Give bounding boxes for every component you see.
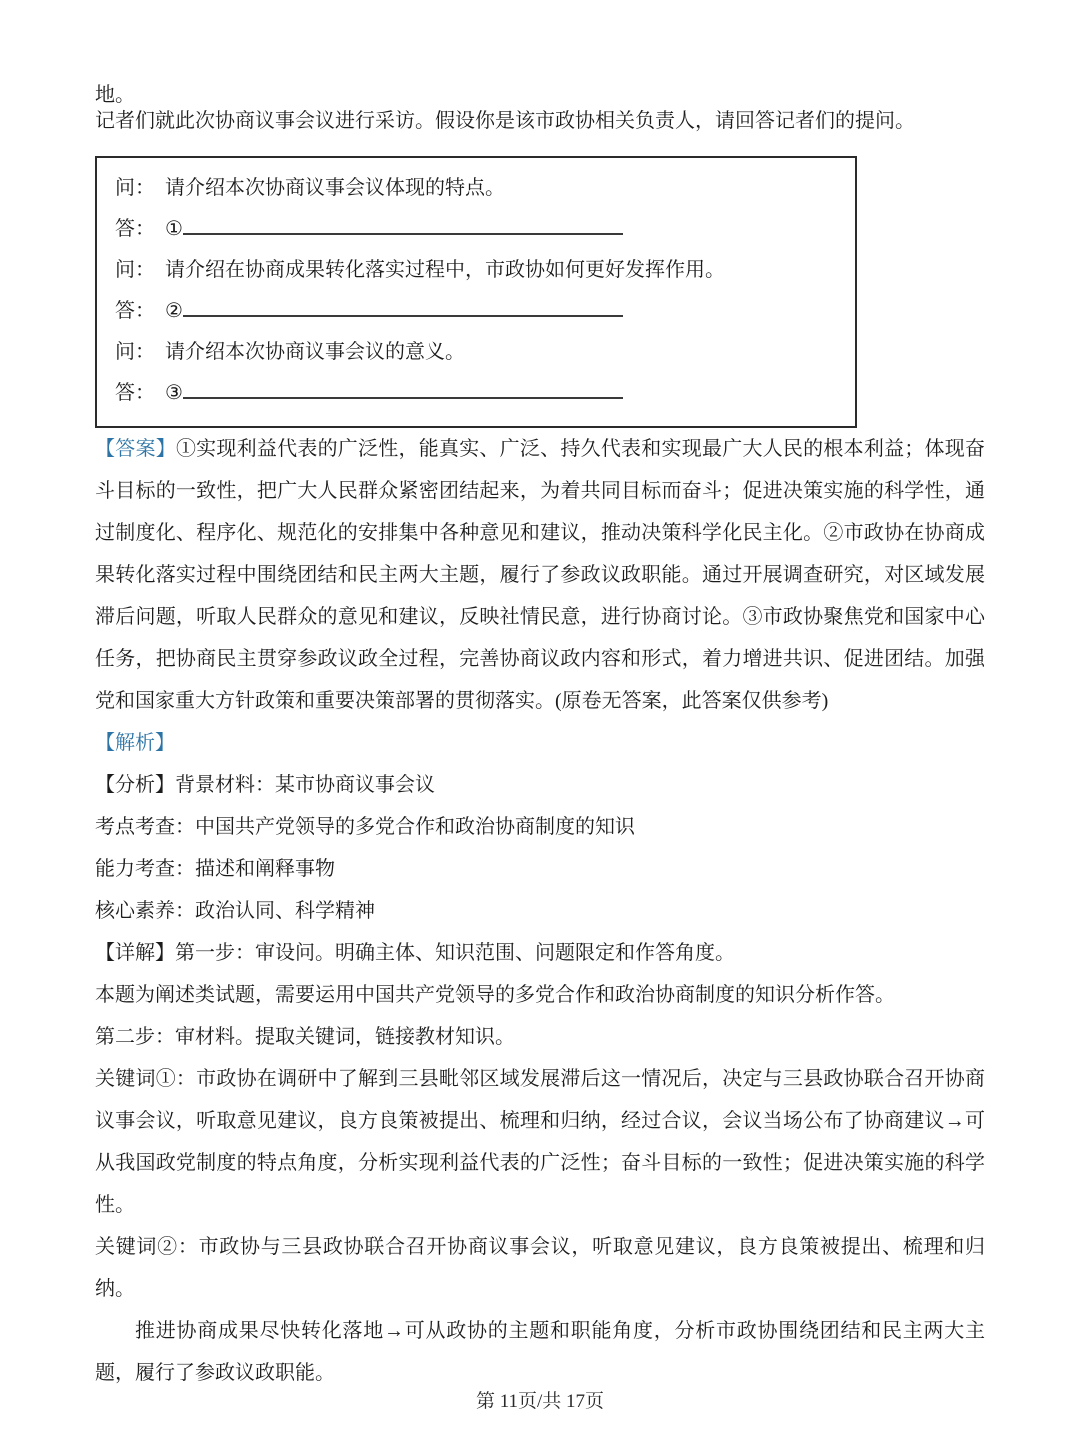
page-number-footer: 第 11页/共 17页	[0, 1390, 1080, 1414]
answer-tag: 【答案】	[95, 438, 176, 460]
question-box: 问：请介绍本次协商议事会议体现的特点。 答：① 问：请介绍在协商成果转化落实过程…	[95, 156, 857, 428]
answer-label: 答：	[115, 300, 155, 322]
answer-blank-line-2	[183, 295, 623, 317]
answer-row-3: 答：③	[115, 373, 839, 414]
paragraph-tail: 地。	[95, 82, 985, 108]
question-row-3: 问：请介绍本次协商议事会议的意义。	[115, 332, 839, 373]
question-row-1: 问：请介绍本次协商议事会议体现的特点。	[115, 168, 839, 209]
exam-point-line: 考点考查：中国共产党领导的多党合作和政治协商制度的知识	[95, 806, 985, 848]
question-text: 请介绍在协商成果转化落实过程中，市政协如何更好发挥作用。	[165, 259, 725, 281]
analysis-line: 【分析】背景材料：某市协商议事会议	[95, 764, 985, 806]
answer-label: 答：	[115, 218, 155, 240]
answer-body: ①实现利益代表的广泛性，能真实、广泛、持久代表和实现最广大人民的根本利益；体现奋…	[95, 438, 985, 712]
step2-line: 第二步：审材料。提取关键词，链接教材知识。	[95, 1016, 985, 1058]
answer-row-2: 答：②	[115, 291, 839, 332]
question-label: 问：	[115, 177, 155, 199]
answer-row-1: 答：①	[115, 209, 839, 250]
answer-blank-line-1	[183, 213, 623, 235]
question-label: 问：	[115, 259, 155, 281]
answer-number: ②	[165, 300, 183, 322]
question-row-2: 问：请介绍在协商成果转化落实过程中，市政协如何更好发挥作用。	[115, 250, 839, 291]
answer-label: 答：	[115, 382, 155, 404]
answer-paragraph: 【答案】①实现利益代表的广泛性，能真实、广泛、持久代表和实现最广大人民的根本利益…	[95, 428, 985, 722]
document-page: 地。 记者们就此次协商议事会议进行采访。假设你是该市政协相关负责人，请回答记者们…	[0, 0, 1080, 1449]
answer-blank-line-3	[183, 377, 623, 399]
core-literacy-line: 核心素养：政治认同、科学精神	[95, 890, 985, 932]
question-label: 问：	[115, 341, 155, 363]
question-text: 请介绍本次协商议事会议体现的特点。	[165, 177, 505, 199]
intro-paragraph: 记者们就此次协商议事会议进行采访。假设你是该市政协相关负责人，请回答记者们的提问…	[95, 108, 985, 134]
question-type-line: 本题为阐述类试题，需要运用中国共产党领导的多党合作和政治协商制度的知识分析作答。	[95, 974, 985, 1016]
explanation-tag: 【解析】	[95, 722, 985, 764]
question-text: 请介绍本次协商议事会议的意义。	[165, 341, 465, 363]
ability-line: 能力考查：描述和阐释事物	[95, 848, 985, 890]
answer-number: ①	[165, 218, 183, 240]
keyword2-paragraph: 关键词②：市政协与三县政协联合召开协商议事会议，听取意见建议，良方良策被提出、梳…	[95, 1226, 985, 1310]
keyword1-paragraph: 关键词①：市政协在调研中了解到三县毗邻区域发展滞后这一情况后，决定与三县政协联合…	[95, 1058, 985, 1226]
detail-step1-line: 【详解】第一步：审设问。明确主体、知识范围、问题限定和作答角度。	[95, 932, 985, 974]
keyword2-continuation-paragraph: 推进协商成果尽快转化落地→可从政协的主题和职能角度，分析市政协围绕团结和民主两大…	[95, 1310, 985, 1394]
answer-number: ③	[165, 382, 183, 404]
